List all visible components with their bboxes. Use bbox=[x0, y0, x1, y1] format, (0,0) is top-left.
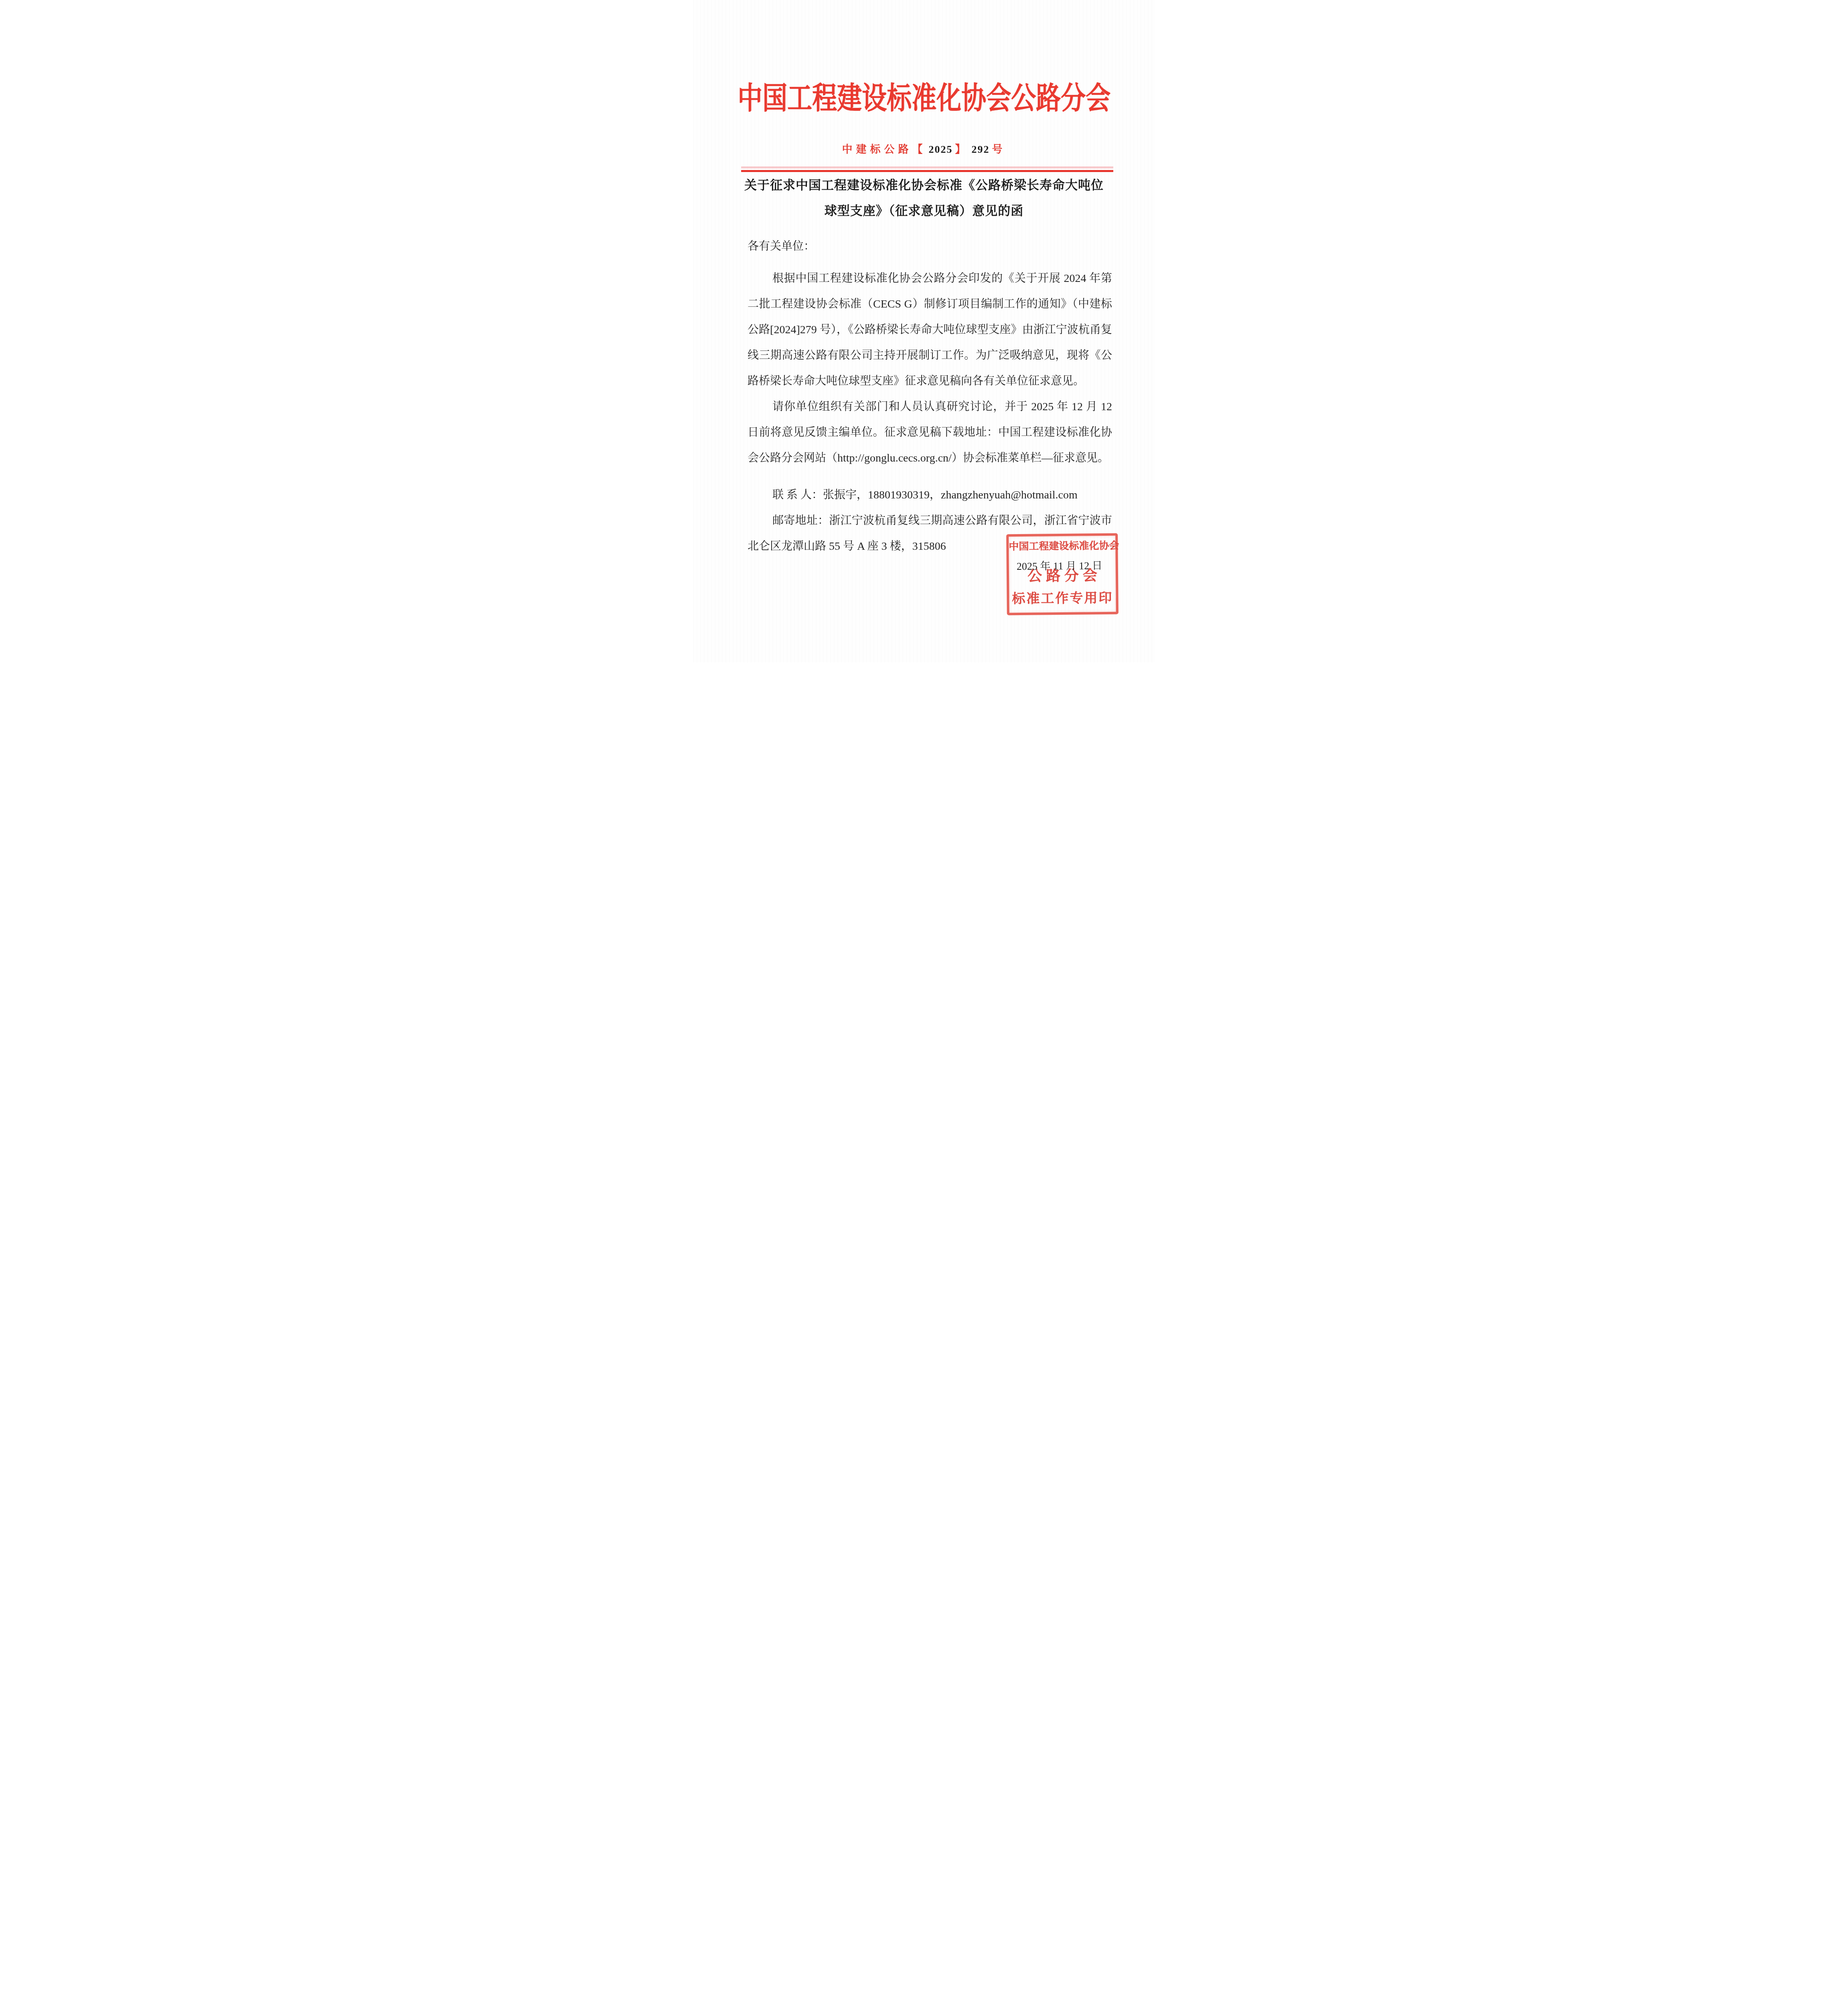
body-line: 线三期高速公路有限公司主持开展制订工作。为广泛吸纳意见，现将《公 bbox=[748, 343, 1112, 369]
title-line-1: 关于征求中国工程建设标准化协会标准《公路桥梁长寿命大吨位 bbox=[740, 172, 1108, 198]
body-line: 联 系 人：张振宇，18801930319，zhangzhenyuah@hotm… bbox=[748, 482, 1112, 508]
body-line: 邮寄地址：浙江宁波杭甬复线三期高速公路有限公司，浙江省宁波市 bbox=[748, 508, 1112, 534]
title-line-2: 球型支座》（征求意见稿）意见的函 bbox=[740, 198, 1108, 224]
body-line: 公路[2024]279 号），《公路桥梁长寿命大吨位球型支座》由浙江宁波杭甬复 bbox=[748, 317, 1112, 343]
doc-number: 中建标公路【2025】292号 bbox=[693, 142, 1155, 157]
doc-number-prefix: 中建标公路 bbox=[842, 144, 912, 155]
document-title: 关于征求中国工程建设标准化协会标准《公路桥梁长寿命大吨位 球型支座》（征求意见稿… bbox=[740, 172, 1108, 224]
body-line: 路桥梁长寿命大吨位球型支座》征求意见稿向各有关单位征求意见。 bbox=[748, 369, 1112, 394]
doc-number-serial: 292 bbox=[972, 144, 990, 155]
letterhead-org-name: 中国工程建设标准化协会公路分会 bbox=[693, 74, 1155, 117]
letter-body: 各有关单位： 根据中国工程建设标准化协会公路分会印发的《关于开展 2024 年第… bbox=[748, 234, 1112, 559]
paragraph: 请你单位组织有关部门和人员认真研究讨论，并于 2025 年 12 月 12日前将… bbox=[748, 394, 1112, 471]
stamp-org-full-name: 中国工程建设标准化协会 bbox=[1009, 541, 1115, 553]
paragraphs: 根据中国工程建设标准化协会公路分会印发的《关于开展 2024 年第二批工程建设协… bbox=[748, 266, 1112, 559]
body-line: 根据中国工程建设标准化协会公路分会印发的《关于开展 2024 年第 bbox=[748, 266, 1112, 292]
body-line: 二批工程建设协会标准（CECS G）制修订项目编制工作的通知》（中建标 bbox=[748, 292, 1112, 317]
document-page: 中国工程建设标准化协会公路分会 中建标公路【2025】292号 关于征求中国工程… bbox=[693, 0, 1155, 662]
body-line: 日前将意见反馈主编单位。征求意见稿下载地址：中国工程建设标准化协 bbox=[748, 420, 1112, 446]
paragraph: 联 系 人：张振宇，18801930319，zhangzhenyuah@hotm… bbox=[748, 482, 1112, 508]
doc-number-year: 2025 bbox=[929, 144, 953, 155]
doc-number-bracket-close: 】 bbox=[955, 144, 969, 155]
body-line: 请你单位组织有关部门和人员认真研究讨论，并于 2025 年 12 月 12 bbox=[748, 394, 1112, 420]
salutation: 各有关单位： bbox=[748, 234, 1112, 259]
official-stamp: 中国工程建设标准化协会 2025 年 11 月 12 日 公路分会 标准工作专用… bbox=[1006, 533, 1119, 615]
stamp-date: 2025 年 11 月 12 日 bbox=[1009, 560, 1116, 573]
divider-line bbox=[741, 170, 1113, 172]
stamp-purpose-line: 标准工作专用印 bbox=[1009, 590, 1116, 608]
doc-number-bracket-open: 【 bbox=[912, 144, 926, 155]
paragraph: 根据中国工程建设标准化协会公路分会印发的《关于开展 2024 年第二批工程建设协… bbox=[748, 266, 1112, 394]
body-line: 会公路分会网站（http://gonglu.cecs.org.cn/）协会标准菜… bbox=[748, 446, 1112, 471]
doc-number-suffix: 号 bbox=[992, 144, 1006, 155]
